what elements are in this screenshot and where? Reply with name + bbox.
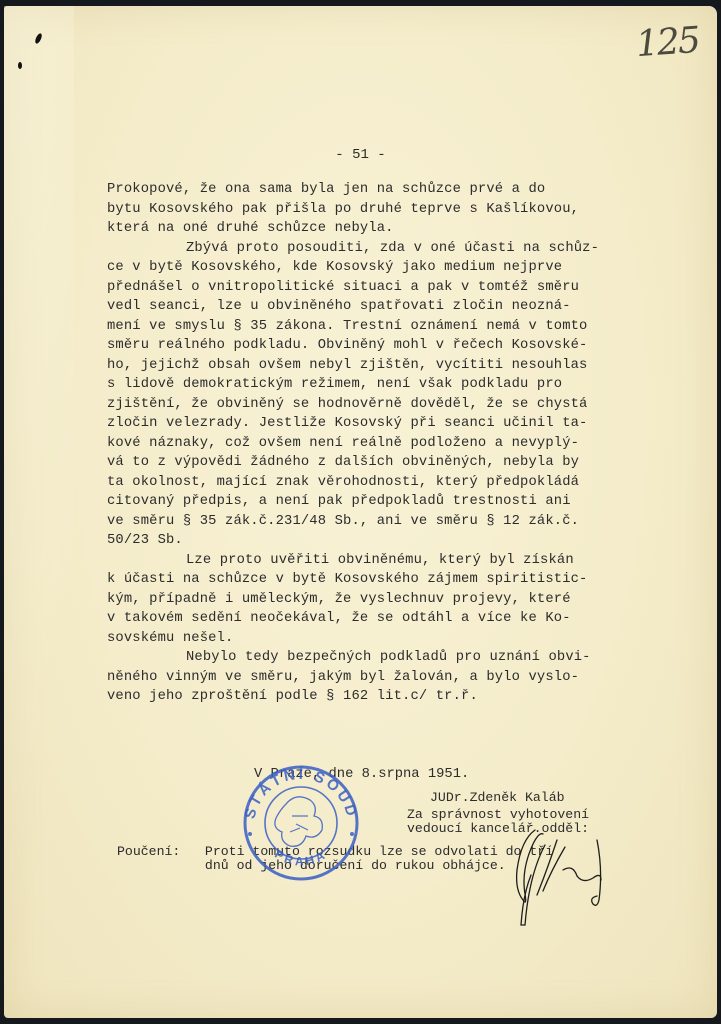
body-line: vá to z výpovědi žádného z dalších obvin… [107, 453, 627, 473]
body-line: veno jeho zproštění podle § 162 lit.c/ t… [107, 687, 627, 707]
body-line: ta okolnost, mající znak věrohodnosti, k… [107, 473, 627, 493]
body-line: Lze proto uvěřiti obviněnému, který byl … [107, 551, 627, 571]
body-line: zjištění, že obviněný se hodnověrně dově… [107, 395, 627, 415]
court-stamp-icon: STÁTNÍ SOUD PRAHA [236, 764, 366, 882]
body-line: sovskému nešel. [107, 629, 627, 649]
body-line: Nebylo tedy bezpečných podkladů pro uzná… [107, 648, 627, 668]
notice-label: Poučení: [117, 845, 197, 859]
body-line: bytu Kosovského pak přišla po druhé tepr… [107, 200, 627, 220]
body-line: Prokopové, že ona sama byla jen na schůz… [107, 180, 627, 200]
body-line: něného vinným ve směru, jakým byl žalová… [107, 668, 627, 688]
body-line: v takovém sedění neočekával, že se odtáh… [107, 609, 627, 629]
handwritten-folio-number: 125 [635, 20, 700, 65]
body-line: vedl seanci, lze u obviněného spatřovati… [107, 297, 627, 317]
body-line: Zbývá proto posouditi, zda v oné účasti … [107, 239, 627, 259]
body-line: směru reálného podkladu. Obviněný mohl v… [107, 336, 627, 356]
body-line: mení ve smyslu § 35 zákona. Trestní ozná… [107, 317, 627, 337]
body-line: kové náznaky, což ovšem není reálně podl… [107, 434, 627, 454]
document-body: Prokopové, že ona sama byla jen na schůz… [107, 180, 627, 707]
svg-text:STÁTNÍ SOUD: STÁTNÍ SOUD [241, 766, 360, 821]
certification-line: Za správnost vyhotovení [407, 808, 589, 822]
body-line: k účasti na schůzce v bytě Kosovského zá… [107, 570, 627, 590]
body-line: 50/23 Sb. [107, 531, 627, 551]
punch-hole-mark [18, 62, 22, 69]
body-line: zločin velezrady. Jestliže Kosovský při … [107, 414, 627, 434]
page-number: - 51 - [0, 147, 721, 163]
svg-text:PRAHA: PRAHA [272, 847, 329, 868]
body-line: s lidově demokratickým režimem, není vša… [107, 375, 627, 395]
body-line: která na oné druhé schůzce nebyla. [107, 219, 627, 239]
handwritten-signature-icon [505, 825, 655, 935]
body-line: citovaný předpis, a není pak předpokladů… [107, 492, 627, 512]
body-line: ho, jejichž obsah ovšem nebyl zjištěn, v… [107, 356, 627, 376]
signatory-name: JUDr.Zdeněk Kaláb [407, 791, 589, 805]
body-line: přednášel o vnitropolitické situaci a pa… [107, 278, 627, 298]
body-line: kým, případně i uměleckým, že vyslechnuv… [107, 590, 627, 610]
body-line: ve směru § 35 zák.č.231/48 Sb., ani ve s… [107, 512, 627, 532]
body-line: ce v bytě Kosovského, kde Kosovský jako … [107, 258, 627, 278]
